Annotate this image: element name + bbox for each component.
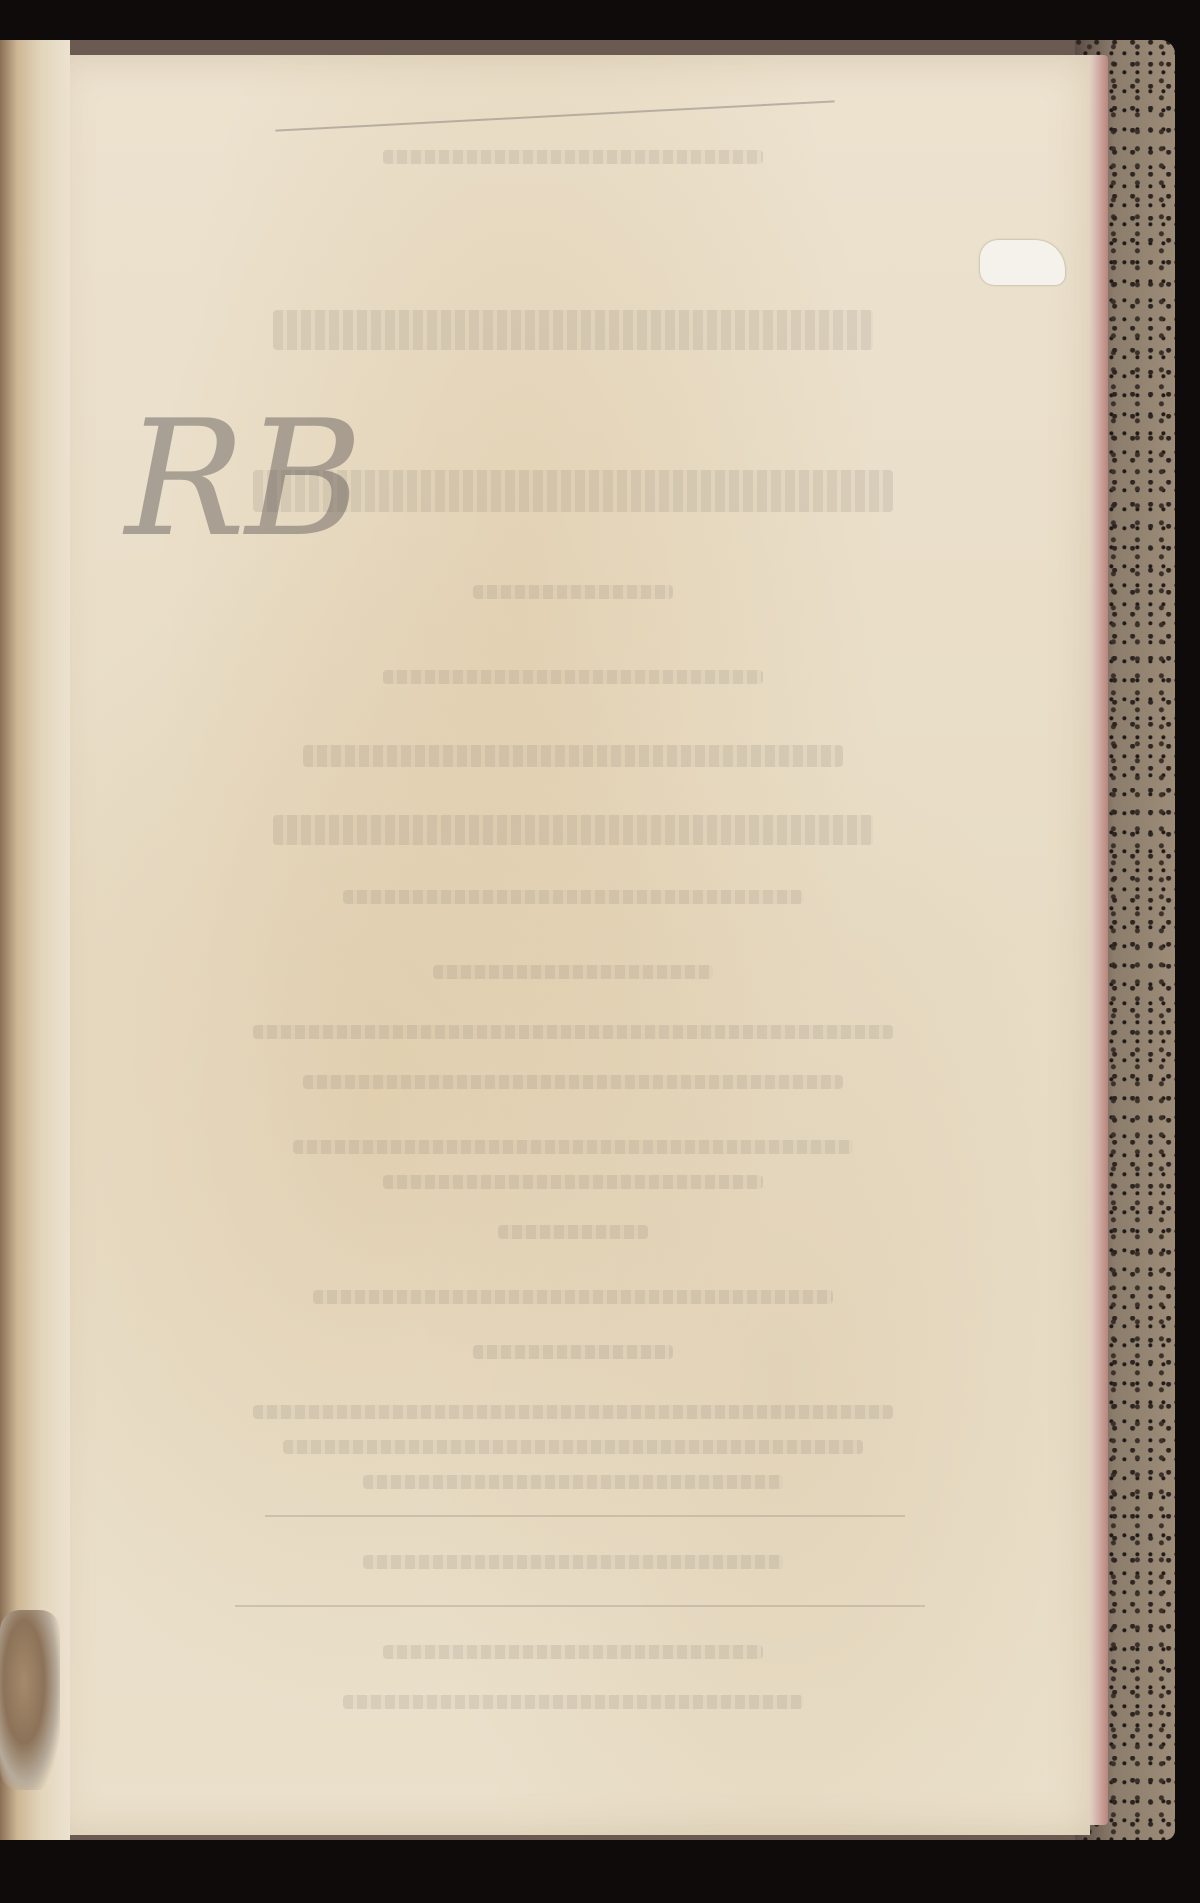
bleed-line	[273, 815, 873, 845]
bleed-line	[433, 965, 713, 979]
bleed-line	[273, 310, 873, 350]
bleed-line	[253, 1405, 893, 1419]
paper-tear-patch	[980, 240, 1065, 285]
bleed-line	[253, 1025, 893, 1039]
bleed-line	[383, 1175, 763, 1189]
bleed-line	[363, 1555, 783, 1569]
bleed-line	[473, 585, 673, 599]
bleed-line	[383, 670, 763, 684]
bleed-line	[313, 1290, 833, 1304]
bleed-line	[343, 890, 803, 904]
bleed-line	[383, 1645, 763, 1659]
pencil-scribble	[275, 100, 834, 131]
bleed-line	[363, 1475, 783, 1489]
bleed-line	[343, 1695, 803, 1709]
book-page: RB	[55, 55, 1090, 1835]
bleed-line	[283, 1440, 863, 1454]
bleed-rule	[265, 1515, 905, 1517]
book-gutter	[0, 40, 70, 1840]
pencil-monogram: RB	[125, 385, 363, 572]
bleed-line	[303, 745, 843, 767]
spine-binding-damage	[0, 1610, 60, 1790]
bleed-rule	[235, 1605, 925, 1607]
bleed-line	[383, 150, 763, 164]
bleed-line	[293, 1140, 853, 1154]
bleed-line	[473, 1345, 673, 1359]
bleed-line	[498, 1225, 648, 1239]
bleed-line	[303, 1075, 843, 1089]
